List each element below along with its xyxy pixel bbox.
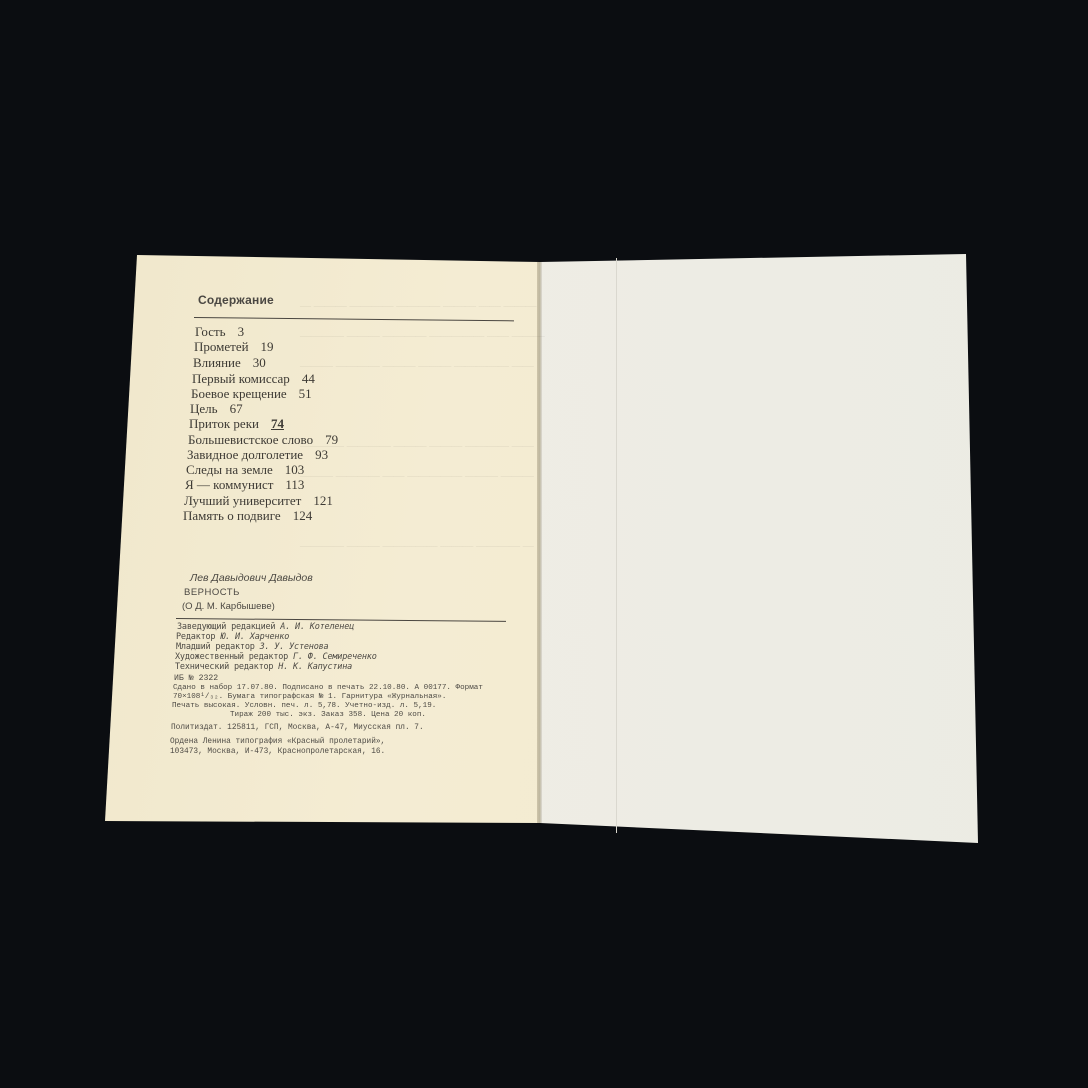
toc-item-page: 124 xyxy=(293,508,313,523)
toc-item: Большевистское слово79 xyxy=(188,432,338,448)
toc-item-title: Память о подвиге xyxy=(183,508,281,523)
toc-item-title: Гость xyxy=(195,324,226,339)
toc-item-title: Следы на земле xyxy=(186,462,273,477)
book-title: ВЕРНОСТЬ xyxy=(184,587,240,598)
credit-line: Технический редактор Н. К. Капустина xyxy=(175,662,352,672)
toc-item-title: Цель xyxy=(190,401,218,416)
toc-item-title: Боевое крещение xyxy=(191,386,287,401)
toc-item: Я — коммунист113 xyxy=(185,477,304,493)
toc-item-page: 51 xyxy=(299,386,312,401)
imprint-line: Печать высокая. Условн. печ. л. 5,78. Уч… xyxy=(172,702,436,710)
toc-item-page: 67 xyxy=(230,401,243,416)
toc-item-title: Прометей xyxy=(194,339,249,354)
toc-item-page: 103 xyxy=(285,462,305,477)
page-fold-line xyxy=(616,258,617,833)
toc-item-page: 121 xyxy=(313,493,333,508)
book-subtitle: (О Д. М. Карбышеве) xyxy=(182,601,275,612)
credit-line: Заведующий редакцией А. И. Котеленец xyxy=(177,622,354,632)
toc-item-title: Я — коммунист xyxy=(185,477,273,492)
toc-item-page: 79 xyxy=(325,432,338,447)
toc-item-title: Приток реки xyxy=(189,416,259,431)
credit-line: Младший редактор З. У. Устенова xyxy=(176,642,328,652)
toc-item: Цель67 xyxy=(190,401,243,417)
toc-title: Содержание xyxy=(198,293,274,307)
toc-item: Боевое крещение51 xyxy=(191,386,312,402)
toc-item-page: 93 xyxy=(315,447,328,462)
toc-item-title: Первый комиссар xyxy=(192,371,290,386)
toc-item: Первый комиссар44 xyxy=(192,371,315,387)
book-spine xyxy=(537,262,542,823)
toc-item-title: Лучший университет xyxy=(184,493,301,508)
printer-name: Ордена Ленина типография «Красный пролет… xyxy=(170,738,385,746)
toc-item-title: Влияние xyxy=(193,355,241,370)
toc-item: Следы на земле103 xyxy=(186,462,304,478)
toc-item-title: Завидное долголетие xyxy=(187,447,303,462)
toc-item-page: 113 xyxy=(285,477,304,492)
toc-item: Лучший университет121 xyxy=(184,493,333,509)
toc-item: Память о подвиге124 xyxy=(183,508,312,524)
toc-item: Завидное долголетие93 xyxy=(187,447,328,463)
toc-item-page: 74 xyxy=(271,416,284,431)
imprint-ib: ИБ № 2322 xyxy=(174,674,218,683)
toc-item: Прометей19 xyxy=(194,339,274,355)
printer-address: 103473, Москва, И-473, Краснопролетарска… xyxy=(170,748,385,756)
toc-item-page: 3 xyxy=(238,324,245,339)
publisher-address: Политиздат. 125811, ГСП, Москва, А-47, М… xyxy=(171,724,424,732)
author-name: Лев Давыдович Давыдов xyxy=(190,572,313,584)
credit-line: Редактор Ю. И. Харченко xyxy=(176,632,289,642)
imprint-line: Тираж 200 тыс. экз. Заказ 358. Цена 20 к… xyxy=(230,711,426,719)
toc-item: Приток реки74 xyxy=(189,416,284,432)
imprint-line: 70×108¹/₃₂. Бумага типографская № 1. Гар… xyxy=(173,693,446,701)
imprint-line: Сдано в набор 17.07.80. Подписано в печа… xyxy=(173,684,483,692)
toc-item: Гость3 xyxy=(195,324,244,340)
toc-item-title: Большевистское слово xyxy=(188,432,313,447)
toc-item-page: 30 xyxy=(253,355,266,370)
toc-item-page: 19 xyxy=(261,339,274,354)
credit-line: Художественный редактор Г. Ф. Семиреченк… xyxy=(175,652,377,662)
toc-item: Влияние30 xyxy=(193,355,266,371)
toc-item-page: 44 xyxy=(302,371,315,386)
